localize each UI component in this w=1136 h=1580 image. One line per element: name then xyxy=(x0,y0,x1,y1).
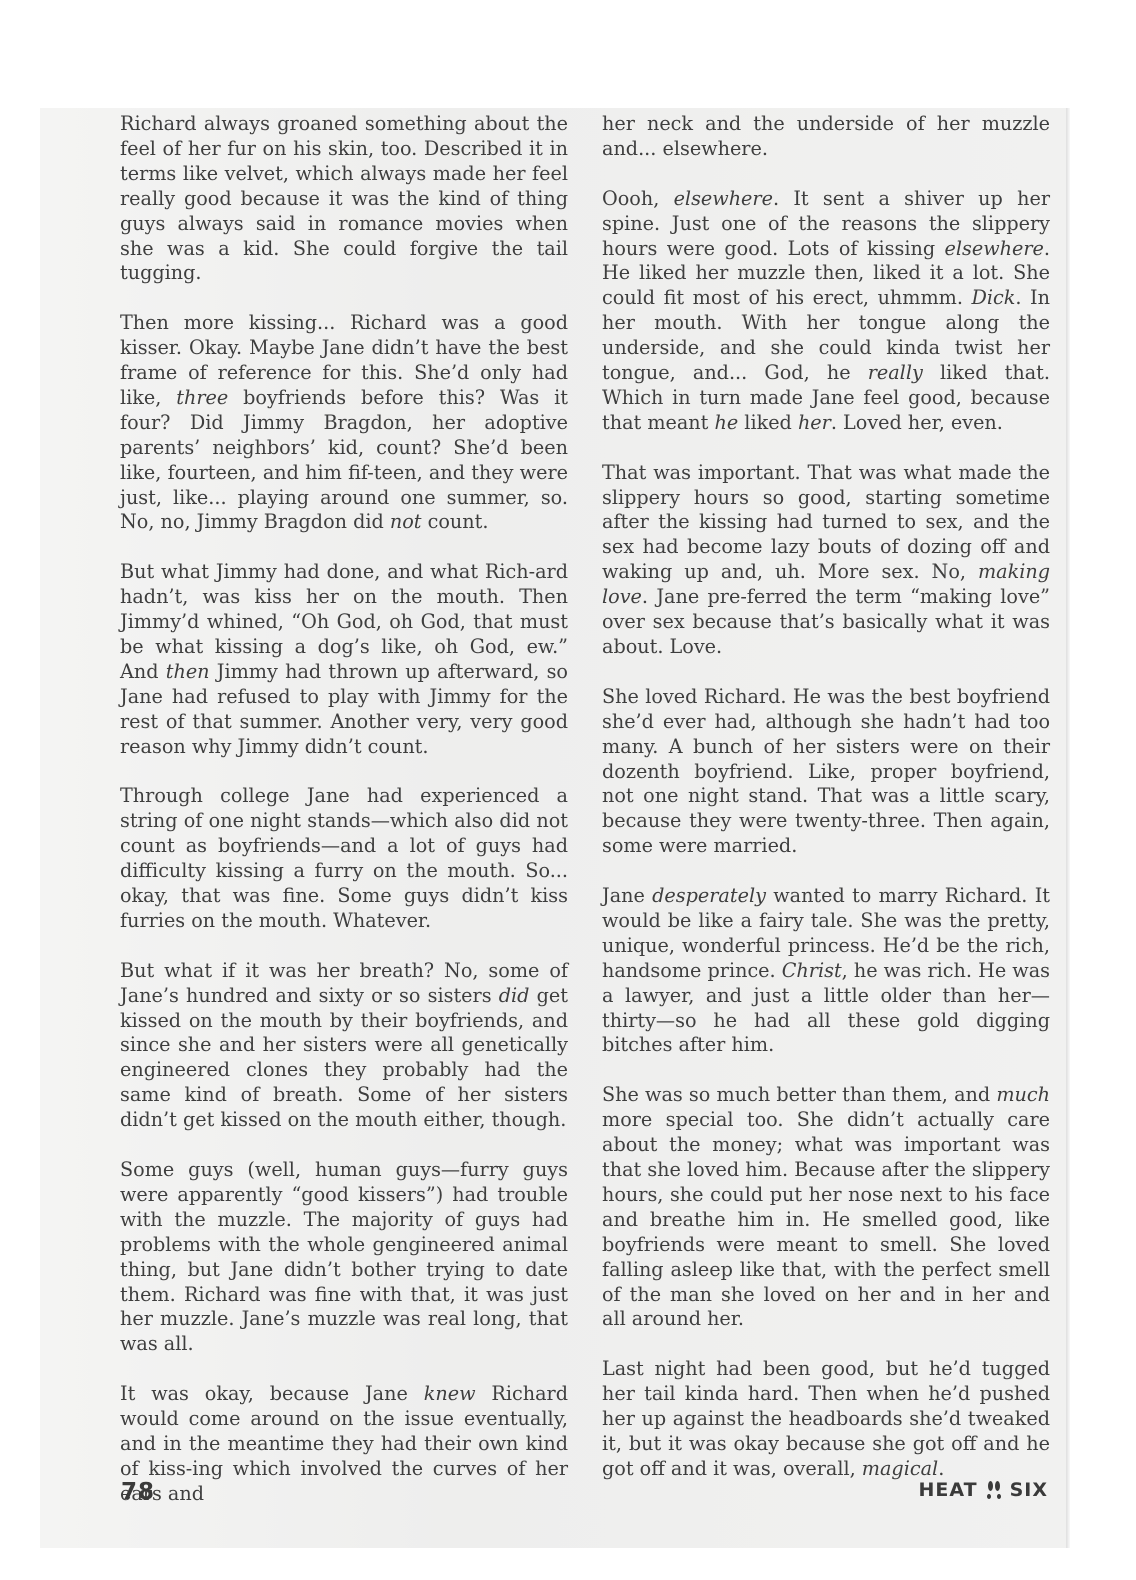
magazine-title-right: SIX xyxy=(1010,1479,1048,1501)
paragraph: Some guys (well, human guys—furry guys w… xyxy=(120,1158,568,1357)
paragraph: her neck and the underside of her muzzle… xyxy=(602,112,1050,162)
paragraph: But what Jimmy had done, and what Rich-a… xyxy=(120,560,568,759)
magazine-title: HEAT SIX xyxy=(919,1479,1048,1501)
emphasis: elsewhere xyxy=(674,187,773,210)
paragraph: Jane desperately wanted to marry Richard… xyxy=(602,884,1050,1058)
emphasis: Dick xyxy=(972,286,1016,309)
paragraph: That was important. That was what made t… xyxy=(602,461,1050,660)
paragraph: Oooh, elsewhere. It sent a shiver up her… xyxy=(602,187,1050,436)
paragraph: Then more kissing... Richard was a good … xyxy=(120,311,568,535)
paragraph: She loved Richard. He was the best boyfr… xyxy=(602,685,1050,859)
page-number: 78 xyxy=(121,1479,155,1505)
emphasis: her xyxy=(798,411,831,434)
left-column: Richard always groaned something about t… xyxy=(120,112,568,1532)
emphasis: elsewhere xyxy=(945,237,1044,260)
emphasis: really xyxy=(868,361,923,384)
paragraph: She was so much better than them, and mu… xyxy=(602,1083,1050,1332)
right-column: her neck and the underside of her muzzle… xyxy=(602,112,1050,1507)
paragraph: But what if it was her breath? No, some … xyxy=(120,959,568,1133)
emphasis: Christ xyxy=(782,959,842,982)
emphasis: then xyxy=(166,660,210,683)
emphasis: much xyxy=(996,1083,1050,1106)
emphasis: making love xyxy=(602,560,1050,608)
paragraph: Last night had been good, but he’d tugge… xyxy=(602,1357,1050,1482)
page-edge xyxy=(1066,108,1070,1548)
paragraph: Through college Jane had experienced a s… xyxy=(120,784,568,933)
emphasis: not xyxy=(390,510,422,533)
emphasis: he xyxy=(714,411,738,434)
emphasis: knew xyxy=(424,1382,476,1405)
emphasis: three xyxy=(176,386,228,409)
emphasis: did xyxy=(499,984,530,1007)
paragraph: Richard always groaned something about t… xyxy=(120,112,568,286)
magazine-title-left: HEAT xyxy=(919,1479,978,1501)
paragraph: It was okay, because Jane knew Richard w… xyxy=(120,1382,568,1507)
emphasis: magical xyxy=(862,1457,938,1480)
paw-print-icon xyxy=(987,1481,1001,1499)
emphasis: desperately xyxy=(652,884,766,907)
